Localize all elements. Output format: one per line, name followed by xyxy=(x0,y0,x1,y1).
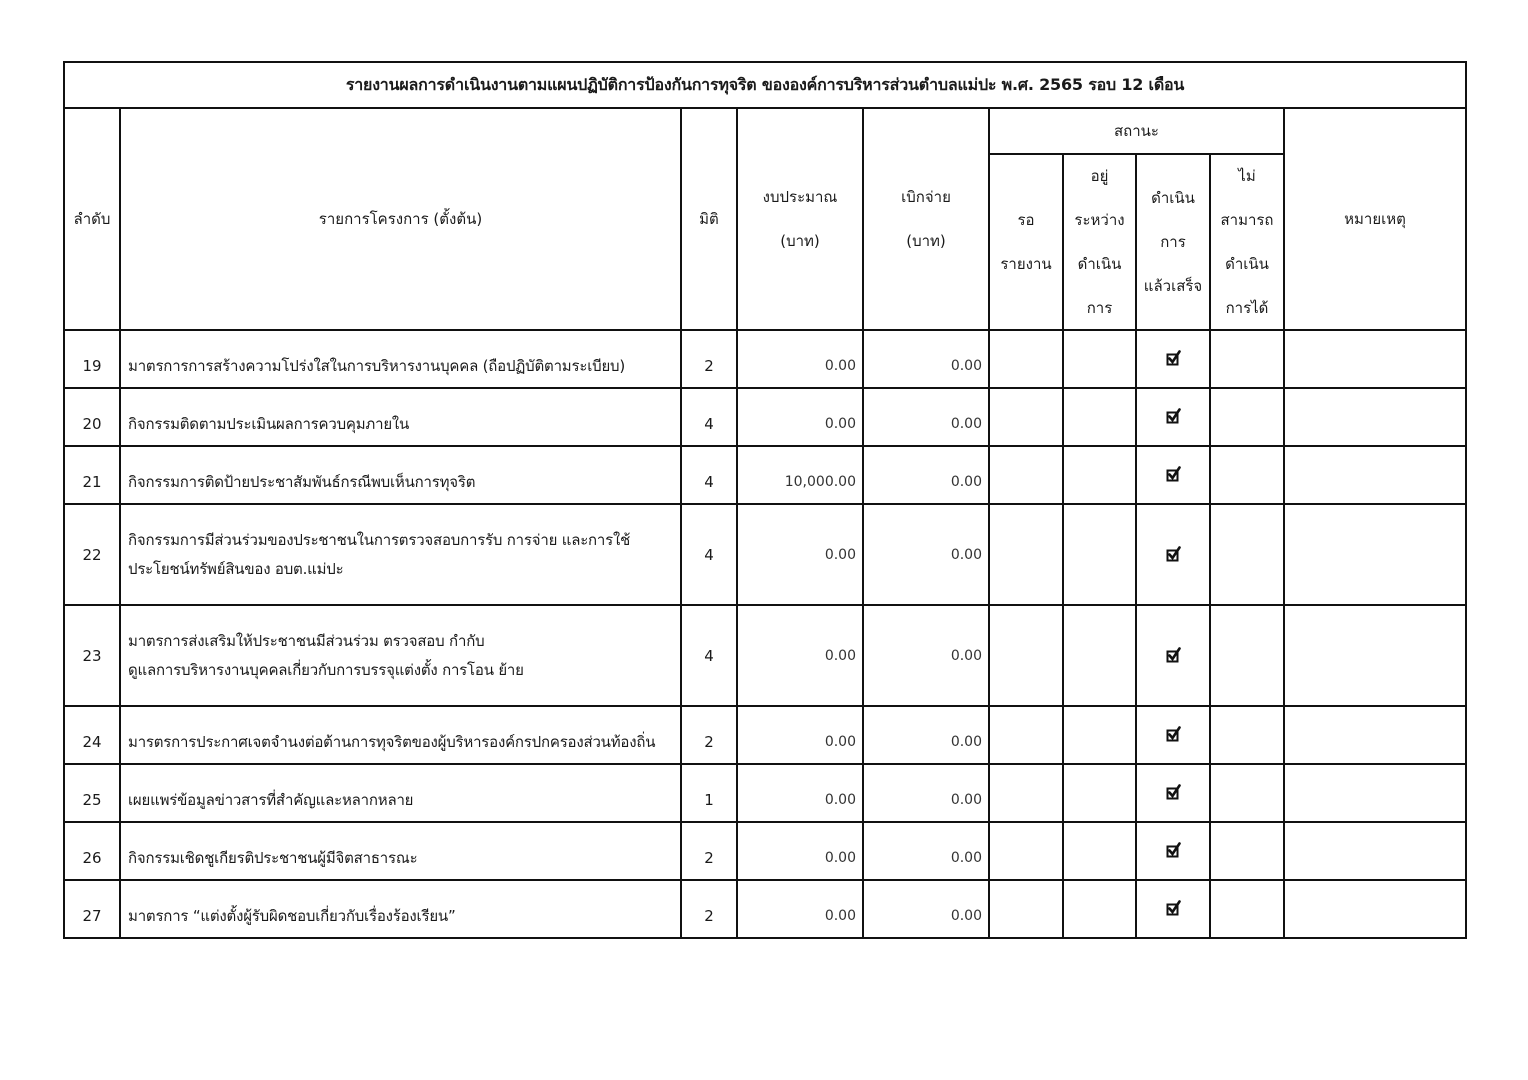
spent: 0.00 xyxy=(863,880,989,938)
table-row: 27 มาตรการ “แต่งตั้งผู้รับผิดชอบเกี่ยวกั… xyxy=(64,880,1466,938)
dimension: 2 xyxy=(681,330,737,388)
status-unable-cell xyxy=(1210,822,1284,880)
status-unable-cell xyxy=(1210,446,1284,504)
status-inprogress-cell xyxy=(1063,706,1136,764)
spent-text: 0.00 xyxy=(951,792,982,808)
row-number: 22 xyxy=(64,504,120,605)
project-name: กิจกรรมการมีส่วนร่วมของประชาชนในการตรวจส… xyxy=(120,504,681,605)
status-unable-cell xyxy=(1210,706,1284,764)
dimension: 4 xyxy=(681,605,737,706)
budget: 0.00 xyxy=(737,880,863,938)
status-pending-cell xyxy=(989,504,1063,605)
row-number-text: 22 xyxy=(82,536,101,564)
project-name: มาตรการ “แต่งตั้งผู้รับผิดชอบเกี่ยวกับเร… xyxy=(120,880,681,938)
dimension-text: 4 xyxy=(704,647,714,665)
status-inprogress-cell xyxy=(1063,880,1136,938)
status-inprogress-cell xyxy=(1063,504,1136,605)
budget: 0.00 xyxy=(737,605,863,706)
row-number-text: 20 xyxy=(82,405,101,433)
dimension: 2 xyxy=(681,706,737,764)
budget: 0.00 xyxy=(737,330,863,388)
dimension-text: 4 xyxy=(704,473,714,491)
status-done-cell xyxy=(1136,605,1210,706)
status-pending-cell xyxy=(989,822,1063,880)
spent-text: 0.00 xyxy=(951,416,982,432)
spent: 0.00 xyxy=(863,446,989,504)
table-row: 26 กิจกรรมเชิดชูเกียรติประชาชนผู้มีจิตสา… xyxy=(64,822,1466,880)
report-table: รายงานผลการดำเนินงานตามแผนปฏิบัติการป้อง… xyxy=(63,61,1467,939)
row-number-text: 26 xyxy=(82,839,101,867)
header-status-unable-line2: สามารถ xyxy=(1220,211,1273,229)
spent-text: 0.00 xyxy=(951,474,982,490)
row-number-text: 27 xyxy=(82,897,101,925)
project-name-line2: ประโยชน์ทรัพย์สินของ อบต.แม่ปะ xyxy=(128,559,680,580)
dimension: 1 xyxy=(681,764,737,822)
project-name-line2: ดูแลการบริหารงานบุคคลเกี่ยวกับการบรรจุแต… xyxy=(128,660,680,681)
dimension-text: 2 xyxy=(704,733,714,751)
status-pending-cell xyxy=(989,706,1063,764)
dimension-text: 2 xyxy=(704,849,714,867)
budget: 0.00 xyxy=(737,764,863,822)
dimension: 4 xyxy=(681,446,737,504)
budget: 0.00 xyxy=(737,388,863,446)
status-done-cell xyxy=(1136,388,1210,446)
header-budget-line2: (บาท) xyxy=(780,232,820,250)
header-spent-line2: (บาท) xyxy=(906,232,946,250)
checked-box-icon xyxy=(1166,546,1180,560)
status-pending-cell xyxy=(989,880,1063,938)
row-number: 27 xyxy=(64,880,120,938)
status-inprogress-cell xyxy=(1063,605,1136,706)
header-status-done-line3: แล้วเสร็จ xyxy=(1144,277,1202,295)
remark xyxy=(1284,504,1466,605)
row-number: 21 xyxy=(64,446,120,504)
checked-box-icon xyxy=(1166,647,1180,661)
remark xyxy=(1284,764,1466,822)
status-done-cell xyxy=(1136,822,1210,880)
budget: 0.00 xyxy=(737,504,863,605)
status-inprogress-cell xyxy=(1063,822,1136,880)
project-name: กิจกรรมการติดป้ายประชาสัมพันธ์กรณีพบเห็น… xyxy=(120,446,681,504)
status-done-cell xyxy=(1136,880,1210,938)
dimension-text: 2 xyxy=(704,357,714,375)
dimension: 2 xyxy=(681,880,737,938)
project-name: กิจกรรมติดตามประเมินผลการควบคุมภายใน xyxy=(120,388,681,446)
header-status-done-line1: ดำเนิน xyxy=(1151,189,1195,207)
spent: 0.00 xyxy=(863,822,989,880)
status-done-cell xyxy=(1136,446,1210,504)
report-page: รายงานผลการดำเนินงานตามแผนปฏิบัติการป้อง… xyxy=(63,61,1465,939)
project-name-line1: มาตรการส่งเสริมให้ประชาชนมีส่วนร่วม ตรวจ… xyxy=(128,632,485,650)
spent: 0.00 xyxy=(863,605,989,706)
dimension-text: 2 xyxy=(704,907,714,925)
header-budget: งบประมาณ (บาท) xyxy=(737,108,863,330)
spent: 0.00 xyxy=(863,330,989,388)
table-row: 19 มาตรการการสร้างความโปร่งใสในการบริหาร… xyxy=(64,330,1466,388)
table-row: 25 เผยแพร่ข้อมูลข่าวสารที่สำคัญและหลากหล… xyxy=(64,764,1466,822)
budget: 0.00 xyxy=(737,706,863,764)
remark xyxy=(1284,822,1466,880)
header-remark: หมายเหตุ xyxy=(1284,108,1466,330)
budget-text: 0.00 xyxy=(825,547,856,563)
budget-text: 0.00 xyxy=(825,908,856,924)
row-number: 26 xyxy=(64,822,120,880)
budget-text: 0.00 xyxy=(825,734,856,750)
budget-text: 0.00 xyxy=(825,648,856,664)
header-status-inprogress-line4: การ xyxy=(1087,299,1113,317)
header-status-unable: ไม่ สามารถ ดำเนิน การได้ xyxy=(1210,154,1284,330)
header-status-done: ดำเนิน การ แล้วเสร็จ xyxy=(1136,154,1210,330)
checked-box-icon xyxy=(1166,784,1180,798)
spent: 0.00 xyxy=(863,764,989,822)
header-status-inprogress-line3: ดำเนิน xyxy=(1078,255,1122,273)
header-status-inprogress-line1: อยู่ xyxy=(1091,167,1109,185)
remark xyxy=(1284,706,1466,764)
report-rows: 19 มาตรการการสร้างความโปร่งใสในการบริหาร… xyxy=(64,330,1466,938)
budget-text: 10,000.00 xyxy=(785,474,856,490)
budget: 10,000.00 xyxy=(737,446,863,504)
header-status-unable-line4: การได้ xyxy=(1226,299,1269,317)
remark xyxy=(1284,605,1466,706)
header-status-pending-line1: รอ xyxy=(1017,211,1034,229)
budget: 0.00 xyxy=(737,822,863,880)
table-row: 20 กิจกรรมติดตามประเมินผลการควบคุมภายใน … xyxy=(64,388,1466,446)
table-row: 22 กิจกรรมการมีส่วนร่วมของประชาชนในการตร… xyxy=(64,504,1466,605)
dimension-text: 1 xyxy=(704,791,714,809)
row-number: 20 xyxy=(64,388,120,446)
header-status-inprogress: อยู่ ระหว่าง ดำเนิน การ xyxy=(1063,154,1136,330)
status-pending-cell xyxy=(989,330,1063,388)
status-inprogress-cell xyxy=(1063,330,1136,388)
project-name-line1: กิจกรรมการมีส่วนร่วมของประชาชนในการตรวจส… xyxy=(128,531,630,549)
project-name: กิจกรรมเชิดชูเกียรติประชาชนผู้มีจิตสาธาร… xyxy=(120,822,681,880)
header-project: รายการโครงการ (ตั้งต้น) xyxy=(120,108,681,330)
header-spent-line1: เบิกจ่าย xyxy=(901,188,951,206)
project-name: มารตรการประกาศเจตจำนงต่อต้านการทุจริตของ… xyxy=(120,706,681,764)
project-name-line1: กิจกรรมการติดป้ายประชาสัมพันธ์กรณีพบเห็น… xyxy=(128,473,475,491)
dimension-text: 4 xyxy=(704,415,714,433)
row-number-text: 21 xyxy=(82,463,101,491)
row-number: 25 xyxy=(64,764,120,822)
table-row: 23 มาตรการส่งเสริมให้ประชาชนมีส่วนร่วม ต… xyxy=(64,605,1466,706)
spent-text: 0.00 xyxy=(951,648,982,664)
checked-box-icon xyxy=(1166,466,1180,480)
spent-text: 0.00 xyxy=(951,358,982,374)
row-number: 23 xyxy=(64,605,120,706)
status-pending-cell xyxy=(989,764,1063,822)
header-status-unable-line1: ไม่ xyxy=(1238,167,1255,185)
row-number-text: 19 xyxy=(82,347,101,375)
status-unable-cell xyxy=(1210,605,1284,706)
spent-text: 0.00 xyxy=(951,908,982,924)
budget-text: 0.00 xyxy=(825,416,856,432)
table-row: 21 กิจกรรมการติดป้ายประชาสัมพันธ์กรณีพบเ… xyxy=(64,446,1466,504)
project-name-line1: มารตรการประกาศเจตจำนงต่อต้านการทุจริตของ… xyxy=(128,733,655,751)
spent-text: 0.00 xyxy=(951,734,982,750)
row-number: 24 xyxy=(64,706,120,764)
header-status-unable-line3: ดำเนิน xyxy=(1225,255,1269,273)
project-name: มาตรการการสร้างความโปร่งใสในการบริหารงาน… xyxy=(120,330,681,388)
spent: 0.00 xyxy=(863,504,989,605)
row-number-text: 23 xyxy=(82,637,101,665)
status-pending-cell xyxy=(989,605,1063,706)
dimension: 2 xyxy=(681,822,737,880)
status-inprogress-cell xyxy=(1063,388,1136,446)
spent-text: 0.00 xyxy=(951,547,982,563)
report-title: รายงานผลการดำเนินงานตามแผนปฏิบัติการป้อง… xyxy=(64,62,1466,108)
table-row: 24 มารตรการประกาศเจตจำนงต่อต้านการทุจริต… xyxy=(64,706,1466,764)
status-inprogress-cell xyxy=(1063,446,1136,504)
budget-text: 0.00 xyxy=(825,358,856,374)
status-done-cell xyxy=(1136,330,1210,388)
remark xyxy=(1284,880,1466,938)
remark xyxy=(1284,330,1466,388)
spent: 0.00 xyxy=(863,388,989,446)
status-unable-cell xyxy=(1210,764,1284,822)
status-inprogress-cell xyxy=(1063,764,1136,822)
checked-box-icon xyxy=(1166,408,1180,422)
project-name: เผยแพร่ข้อมูลข่าวสารที่สำคัญและหลากหลาย xyxy=(120,764,681,822)
budget-text: 0.00 xyxy=(825,850,856,866)
header-budget-line1: งบประมาณ xyxy=(763,188,838,206)
budget-text: 0.00 xyxy=(825,792,856,808)
status-unable-cell xyxy=(1210,880,1284,938)
status-done-cell xyxy=(1136,764,1210,822)
checked-box-icon xyxy=(1166,900,1180,914)
checked-box-icon xyxy=(1166,842,1180,856)
header-status-pending-line2: รายงาน xyxy=(1000,255,1051,273)
header-status-done-line2: การ xyxy=(1160,233,1186,251)
header-status-pending: รอ รายงาน xyxy=(989,154,1063,330)
header-dimension: มิติ xyxy=(681,108,737,330)
project-name-line1: มาตรการการสร้างความโปร่งใสในการบริหารงาน… xyxy=(128,357,625,375)
remark xyxy=(1284,388,1466,446)
checked-box-icon xyxy=(1166,726,1180,740)
project-name-line1: เผยแพร่ข้อมูลข่าวสารที่สำคัญและหลากหลาย xyxy=(128,791,413,809)
dimension-text: 4 xyxy=(704,546,714,564)
header-spent: เบิกจ่าย (บาท) xyxy=(863,108,989,330)
status-pending-cell xyxy=(989,388,1063,446)
project-name-line1: มาตรการ “แต่งตั้งผู้รับผิดชอบเกี่ยวกับเร… xyxy=(128,907,456,925)
remark xyxy=(1284,446,1466,504)
header-status-inprogress-line2: ระหว่าง xyxy=(1074,211,1124,229)
row-number: 19 xyxy=(64,330,120,388)
checked-box-icon xyxy=(1166,350,1180,364)
spent: 0.00 xyxy=(863,706,989,764)
status-done-cell xyxy=(1136,504,1210,605)
header-status: สถานะ xyxy=(989,108,1284,154)
status-unable-cell xyxy=(1210,330,1284,388)
project-name: มาตรการส่งเสริมให้ประชาชนมีส่วนร่วม ตรวจ… xyxy=(120,605,681,706)
dimension: 4 xyxy=(681,504,737,605)
row-number-text: 25 xyxy=(82,781,101,809)
dimension: 4 xyxy=(681,388,737,446)
status-unable-cell xyxy=(1210,504,1284,605)
project-name-line1: กิจกรรมเชิดชูเกียรติประชาชนผู้มีจิตสาธาร… xyxy=(128,849,417,867)
status-pending-cell xyxy=(989,446,1063,504)
spent-text: 0.00 xyxy=(951,850,982,866)
header-no: ลำดับ xyxy=(64,108,120,330)
row-number-text: 24 xyxy=(82,723,101,751)
project-name-line1: กิจกรรมติดตามประเมินผลการควบคุมภายใน xyxy=(128,415,409,433)
status-unable-cell xyxy=(1210,388,1284,446)
status-done-cell xyxy=(1136,706,1210,764)
